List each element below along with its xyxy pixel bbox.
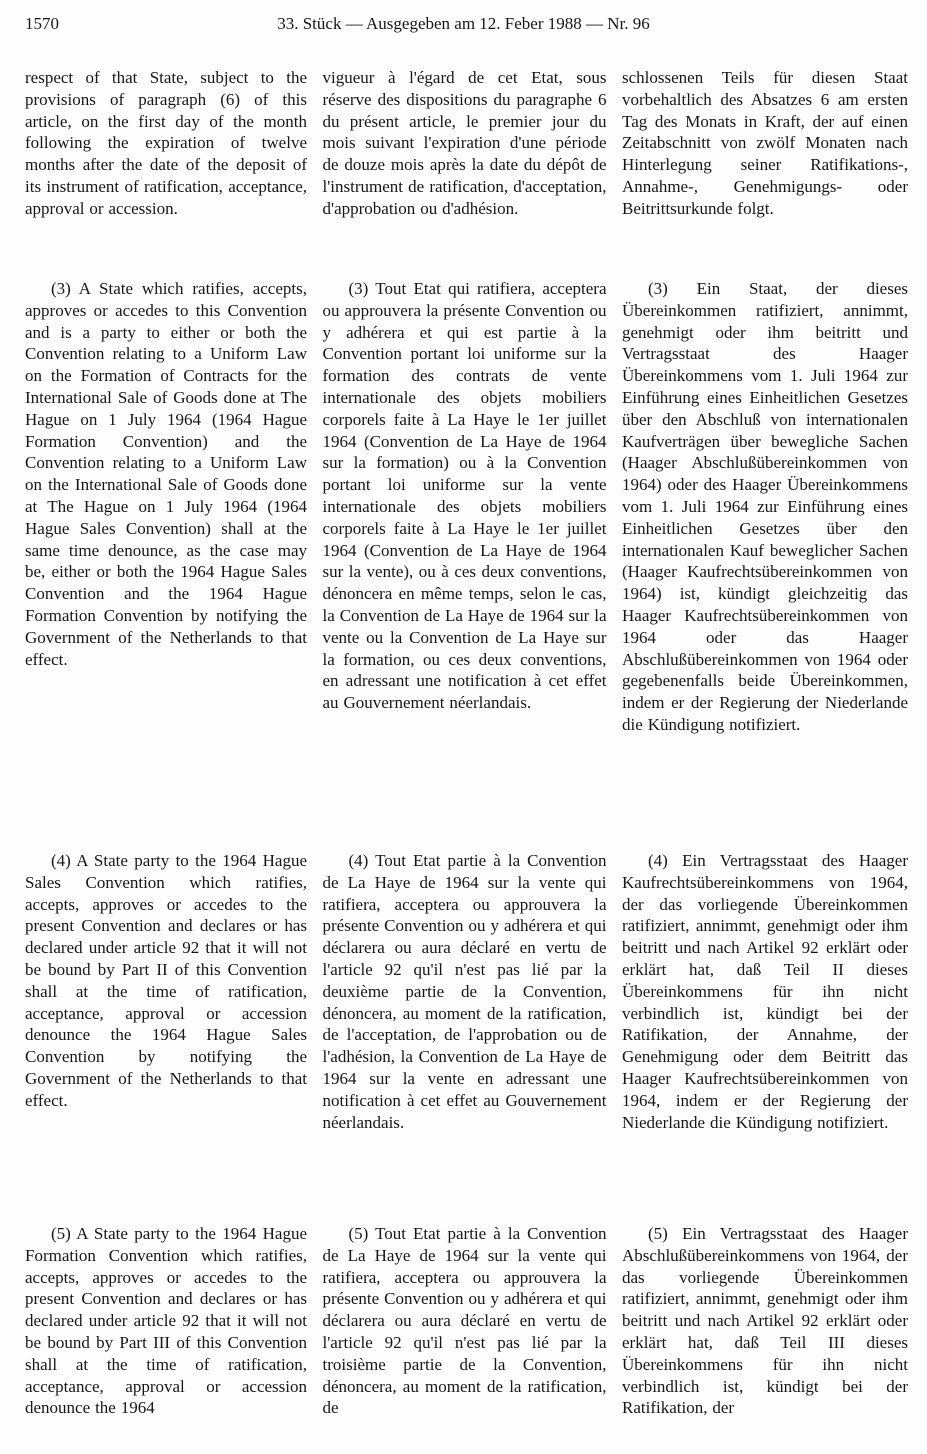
paragraph-de-5: (5) Ein Vertragsstaat des Haager Abschlu…	[622, 1223, 908, 1419]
paragraph-fr-3: (3) Tout Etat qui ratifiera, acceptera o…	[323, 278, 607, 714]
issue-header: 33. Stück — Ausgegeben am 12. Feber 1988…	[0, 13, 927, 35]
paragraph-en-continuation: respect of that State, subject to the pr…	[25, 67, 307, 220]
three-column-treaty-text: respect of that State, subject to the pr…	[25, 67, 908, 1419]
paragraph-de-3: (3) Ein Staat, der dieses Übereinkommen …	[622, 278, 908, 736]
paragraph-de-4: (4) Ein Vertragsstaat des Haager Kaufrec…	[622, 850, 908, 1133]
paragraph-fr-5: (5) Tout Etat partie à la Convention de …	[323, 1223, 607, 1419]
gazette-page: 1570 33. Stück — Ausgegeben am 12. Feber…	[0, 0, 927, 1454]
paragraph-en-5: (5) A State party to the 1964 Hague Form…	[25, 1223, 307, 1419]
running-head: 1570 33. Stück — Ausgegeben am 12. Feber…	[25, 13, 908, 37]
paragraph-fr-continuation: vigueur à l'égard de cet Etat, sous rése…	[323, 67, 607, 220]
paragraph-fr-4: (4) Tout Etat partie à la Convention de …	[323, 850, 607, 1133]
paragraph-de-continuation: schlossenen Teils für diesen Staat vorbe…	[622, 67, 908, 220]
paragraph-en-3: (3) A State which ratifies, accepts, app…	[25, 278, 307, 670]
paragraph-en-4: (4) A State party to the 1964 Hague Sale…	[25, 850, 307, 1112]
